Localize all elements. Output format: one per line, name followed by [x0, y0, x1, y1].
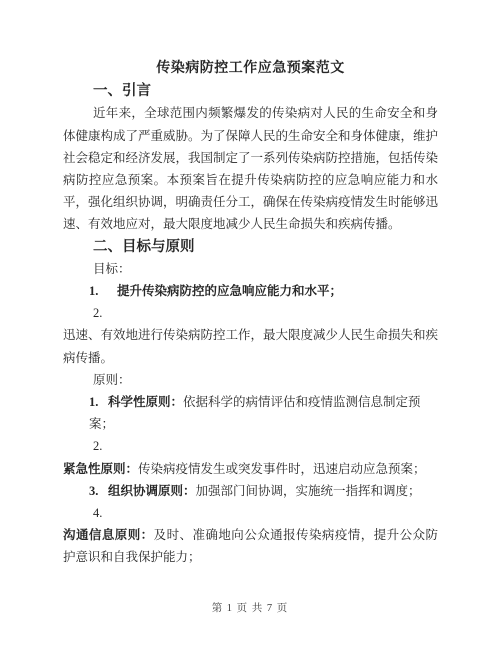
- principle-item-3-text: 加强部门间协调，实施统一指挥和调度；: [196, 484, 421, 498]
- principle-item-2-text: 紧急性原则：传染病疫情发生或突发事件时，迅速启动应急预案；: [63, 458, 438, 480]
- principle-item-3-number: 3.: [89, 480, 108, 502]
- goal-item-1: 1.提升传染病防控的应急响应能力和水平；: [63, 280, 438, 302]
- page-number: 第 1 页 共 7 页: [212, 603, 289, 614]
- page-footer: 第 1 页 共 7 页: [0, 600, 500, 615]
- goal-item-1-text: 提升传染病防控的应急响应能力和水平；: [117, 284, 342, 298]
- heading-introduction: 一、引言: [63, 80, 438, 102]
- principle-item-2-label: 紧急性原则：: [63, 462, 138, 476]
- principle-item-3-label: 组织协调原则：: [108, 484, 196, 498]
- document-title: 传染病防控工作应急预案范文: [63, 58, 438, 80]
- intro-paragraph: 近年来，全球范围内频繁爆发的传染病对人民的生命安全和身体健康构成了严重威胁。为了…: [63, 102, 438, 235]
- page-content: 传染病防控工作应急预案范文 一、引言 近年来，全球范围内频繁爆发的传染病对人民的…: [63, 58, 438, 569]
- principle-item-2-body: 传染病疫情发生或突发事件时，迅速启动应急预案；: [138, 462, 426, 476]
- goal-item-2-number: 2.: [63, 302, 438, 324]
- principles-label: 原则：: [63, 369, 438, 391]
- principle-item-4-text: 沟通信息原则：及时、准确地向公众通报传染病疫情，提升公众防护意识和自我保护能力；: [63, 524, 438, 568]
- principle-item-1-label: 科学性原则：: [108, 395, 183, 409]
- principle-item-1: 1.科学性原则：依据科学的病情评估和疫情监测信息制定预案；: [63, 391, 438, 435]
- principle-item-3: 3.组织协调原则：加强部门间协调，实施统一指挥和调度；: [63, 480, 438, 502]
- goal-item-1-number: 1.: [89, 280, 117, 302]
- principle-item-1-number: 1.: [89, 391, 108, 413]
- document-page: 传染病防控工作应急预案范文 一、引言 近年来，全球范围内频繁爆发的传染病对人民的…: [0, 0, 500, 647]
- principle-item-4-number: 4.: [63, 502, 438, 524]
- goal-item-2-text: 迅速、有效地进行传染病防控工作，最大限度减少人民生命损失和疾病传播。: [63, 324, 438, 368]
- principle-item-2-number: 2.: [63, 435, 438, 457]
- goals-label: 目标：: [63, 258, 438, 280]
- principle-item-4-label: 沟通信息原则：: [63, 528, 154, 542]
- heading-goals-principles: 二、目标与原则: [63, 236, 438, 258]
